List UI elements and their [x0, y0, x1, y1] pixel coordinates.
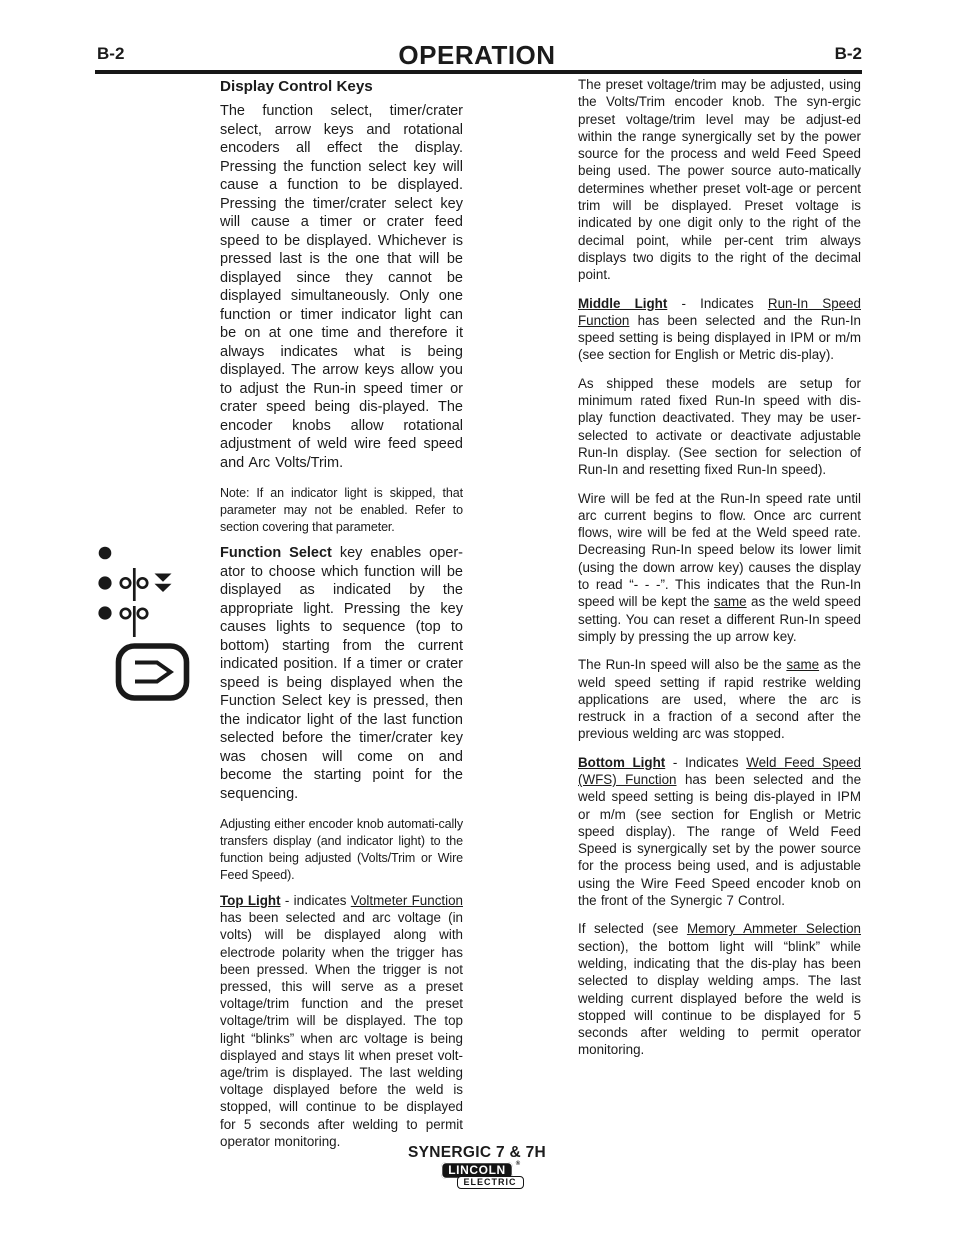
lincoln-logo-text: LINCOLN	[448, 1163, 506, 1177]
top-light-separator: - indicates	[281, 893, 351, 908]
same-emphasis-2: same	[786, 657, 819, 672]
paragraph-display-intro: The function select, timer/crater select…	[220, 102, 463, 472]
voltmeter-function-ref: Voltmeter Function	[351, 893, 463, 908]
bottom-light-separator: - Indicates	[665, 755, 746, 770]
top-light-term: Top Light	[220, 893, 281, 908]
bottom-light-term: Bottom Light	[578, 755, 665, 770]
function-select-term: Function Select	[220, 545, 332, 561]
paragraph-top-light: Top Light - indicates Voltmeter Function…	[220, 892, 463, 1150]
left-column: Display Control Keys The function select…	[220, 78, 463, 1150]
middle-light-term: Middle Light	[578, 296, 667, 311]
right-column: The preset voltage/trim may be adjusted,…	[578, 76, 861, 1070]
wfs-drive-roll-icon	[121, 606, 147, 637]
wire-feed-part1: Wire will be fed at the Run-In speed rat…	[578, 491, 861, 610]
middle-light-separator: - Indicates	[667, 296, 768, 311]
run-in-part1: The Run-In speed will also be the	[578, 657, 786, 672]
indicator-light-middle-icon	[98, 576, 111, 589]
page-number-right: B-2	[835, 44, 862, 64]
lincoln-electric-logo: LINCOLN® ELECTRIC	[0, 1162, 954, 1189]
section-heading: Display Control Keys	[220, 78, 463, 95]
memory-ammeter-part2: section), the bottom light will “blink” …	[578, 939, 861, 1058]
paragraph-middle-light: Middle Light - Indicates Run-In Speed Fu…	[578, 295, 861, 364]
paragraph-preset-voltage: The preset voltage/trim may be adjusted,…	[578, 76, 861, 284]
function-select-key-icon	[119, 646, 187, 698]
paragraph-adjusting: Adjusting either encoder knob automati-c…	[220, 816, 463, 884]
paragraph-memory-ammeter: If selected (see Memory Ammeter Selectio…	[578, 920, 861, 1058]
memory-ammeter-part1: If selected (see	[578, 921, 687, 936]
paragraph-wire-feed: Wire will be fed at the Run-In speed rat…	[578, 490, 861, 646]
same-emphasis-1: same	[714, 594, 747, 609]
header-rule	[95, 70, 862, 74]
indicator-light-bottom-icon	[98, 606, 111, 619]
registered-trademark-icon: ®	[516, 1161, 521, 1167]
memory-ammeter-ref: Memory Ammeter Selection	[687, 921, 861, 936]
run-in-drive-roll-icon	[121, 568, 147, 601]
paragraph-bottom-light: Bottom Light - Indicates Weld Feed Speed…	[578, 754, 861, 910]
manual-page: B-2 OPERATION B-2 Display Control Keys T…	[0, 0, 954, 1235]
footer-model-title: SYNERGIC 7 & 7H	[0, 1144, 954, 1162]
bottom-light-body: has been selected and the weld speed set…	[578, 772, 861, 908]
top-light-body: has been selected and arc voltage (in vo…	[220, 910, 463, 1149]
paragraph-run-in-same: The Run-In speed will also be the same a…	[578, 656, 861, 742]
paragraph-function-select: Function Select key enables oper-ator to…	[220, 544, 463, 803]
control-panel-key-diagram	[95, 540, 195, 705]
electric-logo-box: ELECTRIC	[457, 1176, 524, 1189]
paragraph-note: Note: If an indicator light is skipped, …	[220, 485, 463, 536]
page-title: OPERATION	[0, 40, 954, 71]
function-select-body: key enables oper-ator to choose which fu…	[220, 545, 463, 802]
indicator-light-top-icon	[99, 547, 112, 560]
paragraph-as-shipped: As shipped these models are setup for mi…	[578, 375, 861, 479]
run-in-down-arrows-icon	[155, 574, 172, 593]
